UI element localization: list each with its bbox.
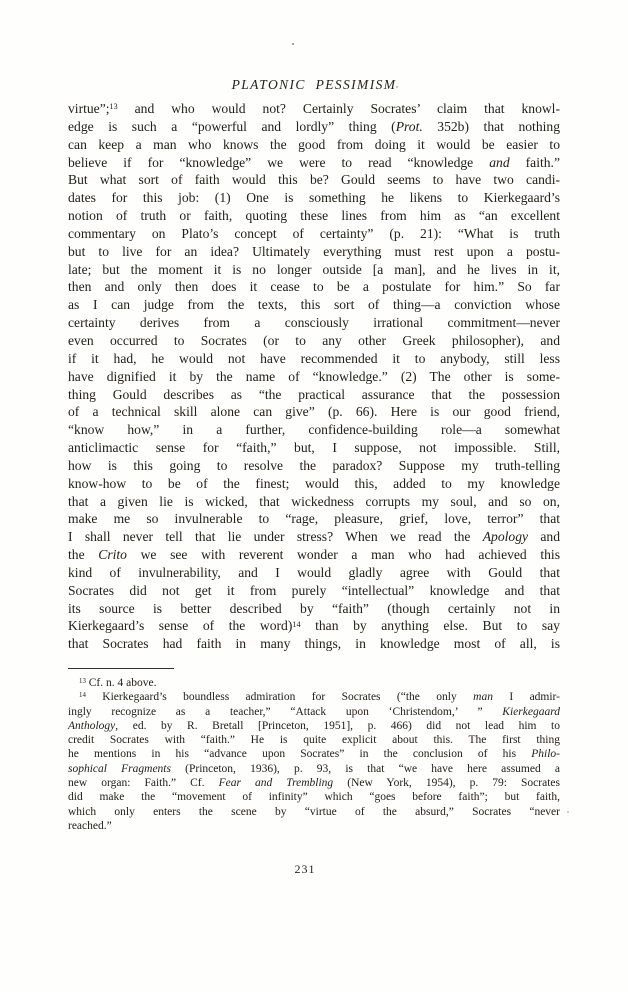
- page-number: 231: [0, 862, 610, 877]
- text-line: But what sort of faith would this be? Go…: [68, 171, 560, 189]
- text-line: dates for this job: (1) One is something…: [68, 189, 560, 207]
- text-line: virtue”;13 and who would not? Certainly …: [68, 100, 560, 118]
- footnote-line: reached.”: [68, 819, 560, 833]
- text-line: “know how,” in a further, confidence-bui…: [68, 421, 560, 439]
- footnotes: 13 Cf. n. 4 above.14 Kierkegaard’s bound…: [68, 676, 560, 833]
- book-page: PLATONIC PESSIMISM virtue”;13 and who wo…: [0, 0, 628, 992]
- text-line: late; but the moment it is no longer out…: [68, 261, 560, 279]
- text-line: I shall never tell that lie under stress…: [68, 528, 560, 546]
- footnote-line: Anthology, ed. by R. Bretall [Princeton,…: [68, 719, 560, 733]
- text-line: notion of truth or faith, quoting these …: [68, 207, 560, 225]
- footnote-line: sophical Fragments (Princeton, 1936), p.…: [68, 762, 560, 776]
- footnote-line: 14 Kierkegaard’s boundless admiration fo…: [68, 690, 560, 704]
- text-line: the Crito we see with reverent wonder a …: [68, 546, 560, 564]
- footnote-line: he mentions in his “advance upon Socrate…: [68, 747, 560, 761]
- footnote-line: 13 Cf. n. 4 above.: [68, 676, 560, 690]
- footnote-line: new organ: Faith.” Cf. Fear and Tremblin…: [68, 776, 560, 790]
- text-line: certainty derives from a consciously irr…: [68, 314, 560, 332]
- footnote-line: credit Socrates with “faith.” He is quit…: [68, 733, 560, 747]
- body-text: virtue”;13 and who would not? Certainly …: [68, 100, 560, 653]
- text-line: make me so invulnerable to “rage, pleasu…: [68, 510, 560, 528]
- footnote-line: did make the “movement of infinity” whic…: [68, 790, 560, 804]
- text-line: edge is such a “powerful and lordly” thi…: [68, 118, 560, 136]
- running-head: PLATONIC PESSIMISM: [0, 77, 628, 93]
- text-line: thing Gould describes as “the practical …: [68, 386, 560, 404]
- text-line: its source is better described by “faith…: [68, 600, 560, 618]
- footnote-line: which only enters the scene by “virtue o…: [68, 805, 560, 819]
- text-line: have dignified it by the name of “knowle…: [68, 368, 560, 386]
- text-line: Socrates did not get it from purely “int…: [68, 582, 560, 600]
- text-line: that Socrates had faith in many things, …: [68, 635, 560, 653]
- scan-speck: [567, 811, 569, 813]
- text-line: know-how to be of the finest; would this…: [68, 475, 560, 493]
- scan-speck: [396, 86, 398, 88]
- footnote-separator: [68, 668, 174, 669]
- text-line: as I can judge from the texts, this sort…: [68, 296, 560, 314]
- text-line: can keep a man who knows the good from d…: [68, 136, 560, 154]
- text-line: believe if for “knowledge” we were to re…: [68, 154, 560, 172]
- text-line: that a given lie is wicked, that wickedn…: [68, 493, 560, 511]
- text-line: commentary on Plato’s concept of certain…: [68, 225, 560, 243]
- text-line: if it had, he would not have recommended…: [68, 350, 560, 368]
- text-line: but to live for an idea? Ultimately ever…: [68, 243, 560, 261]
- text-line: Kierkegaard’s sense of the word)14 than …: [68, 617, 560, 635]
- text-line: even occurred to Socrates (or to any oth…: [68, 332, 560, 350]
- text-line: how is this going to resolve the paradox…: [68, 457, 560, 475]
- text-line: then and only then does it cease to be a…: [68, 278, 560, 296]
- scan-speck: [292, 43, 294, 45]
- text-line: anticlimactic sense for “faith,” but, I …: [68, 439, 560, 457]
- text-line: of a technical skill alone can give” (p.…: [68, 403, 560, 421]
- footnote-line: ingly recognize as a teacher,” “Attack u…: [68, 705, 560, 719]
- text-line: kind of invulnerability, and I would gla…: [68, 564, 560, 582]
